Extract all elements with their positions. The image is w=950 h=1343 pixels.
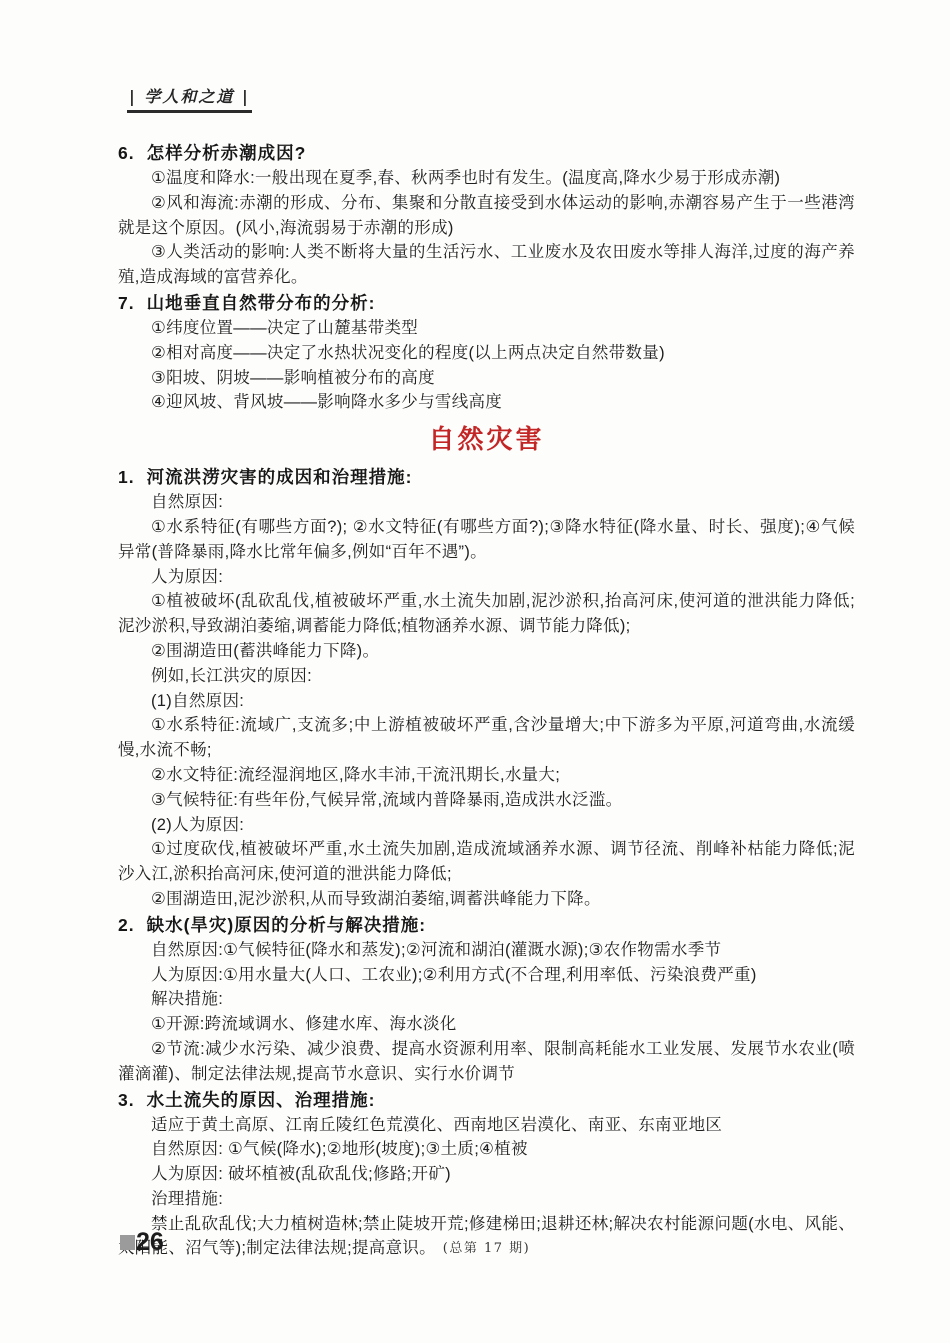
section-heading-6: 6.怎样分析赤潮成因? (118, 140, 855, 166)
paragraph: (1)自然原因: (118, 689, 855, 714)
paragraph: 人为原因: (118, 565, 855, 590)
chapter-title: 自然灾害 (118, 423, 855, 455)
section-number: 7. (118, 293, 135, 313)
paragraph: ③阳坡、阴坡——影响植被分布的高度 (118, 366, 855, 391)
paragraph: ①开源:跨流域调水、修建水库、海水淡化 (118, 1012, 855, 1037)
paragraph: 自然原因:①气候特征(降水和蒸发);②河流和湖泊(灌溉水源);③农作物需水季节 (118, 938, 855, 963)
paragraph: ①过度砍伐,植被破坏严重,水土流失加剧,造成流域涵养水源、调节径流、削峰补枯能力… (118, 837, 855, 887)
section-title: 山地垂直自然带分布的分析: (147, 293, 376, 313)
paragraph: ③人类活动的影响:人类不断将大量的生活污水、工业废水及农田废水等排人海洋,过度的… (118, 240, 855, 290)
page-content: 6.怎样分析赤潮成因? ①温度和降水:一般出现在夏季,春、秋两季也时有发生。(温… (118, 140, 855, 1261)
paragraph: 自然原因: (118, 490, 855, 515)
page-number: 26 (136, 1228, 164, 1257)
paragraph: ①纬度位置——决定了山麓基带类型 (118, 316, 855, 341)
paragraph: ②围湖造田,泥沙淤积,从而导致湖泊萎缩,调蓄洪峰能力下降。 (118, 887, 855, 912)
paragraph: ③气候特征:有些年份,气候异常,流域内普降暴雨,造成洪水泛滥。 (118, 788, 855, 813)
section-number: 2. (118, 915, 135, 935)
page-number-block: 26 (120, 1228, 164, 1257)
paragraph: ②风和海流:赤潮的形成、分布、集聚和分散直接受到水体运动的影响,赤潮容易产生于一… (118, 191, 855, 241)
paragraph: 人为原因:①用水量大(人口、工农业);②利用方式(不合理,利用率低、污染浪费严重… (118, 963, 855, 988)
paragraph: 适应于黄土高原、江南丘陵红色荒漠化、西南地区岩漠化、南亚、东南亚地区 (118, 1113, 855, 1138)
section-heading-7: 7.山地垂直自然带分布的分析: (118, 290, 855, 316)
section-title: 水土流失的原因、治理措施: (147, 1090, 376, 1110)
paragraph: ①水系特征(有哪些方面?); ②水文特征(有哪些方面?);③降水特征(降水量、时… (118, 515, 855, 565)
paragraph: ①植被破坏(乱砍乱伐,植被破坏严重,水土流失加剧,泥沙淤积,抬高河床,使河道的泄… (118, 589, 855, 639)
section-title: 缺水(旱灾)原因的分析与解决措施: (147, 915, 426, 935)
issue-label: (总第 17 期) (443, 1237, 530, 1256)
paragraph: 治理措施: (118, 1187, 855, 1212)
page-footer: 26 (总第 17 期) (118, 1228, 855, 1260)
paragraph: 解决措施: (118, 987, 855, 1012)
paragraph: ①水系特征:流域广,支流多;中上游植被破坏严重,含沙量增大;中下游多为平原,河道… (118, 713, 855, 763)
paragraph: 自然原因: ①气候(降水);②地形(坡度);③土质;④植被 (118, 1137, 855, 1162)
page-marker-square-icon (120, 1235, 135, 1250)
section-number: 1. (118, 467, 135, 487)
paragraph: ②节流:减少水污染、减少浪费、提高水资源利用率、限制高耗能水工业发展、发展节水农… (118, 1037, 855, 1087)
journal-logo: | 学人和之道 | (127, 84, 252, 113)
paragraph: ②水文特征:流经湿润地区,降水丰沛,干流汛期长,水量大; (118, 763, 855, 788)
section-heading-3: 3.水土流失的原因、治理措施: (118, 1087, 855, 1113)
section-heading-2: 2.缺水(旱灾)原因的分析与解决措施: (118, 912, 855, 938)
paragraph: ①温度和降水:一般出现在夏季,春、秋两季也时有发生。(温度高,降水少易于形成赤潮… (118, 166, 855, 191)
paragraph: (2)人为原因: (118, 813, 855, 838)
paragraph: ②相对高度——决定了水热状况变化的程度(以上两点决定自然带数量) (118, 341, 855, 366)
section-number: 3. (118, 1090, 135, 1110)
section-number: 6. (118, 143, 135, 163)
paragraph: ②围湖造田(蓄洪峰能力下降)。 (118, 639, 855, 664)
paragraph: 例如,长江洪灾的原因: (118, 664, 855, 689)
paragraph: ④迎风坡、背风坡——影响降水多少与雪线高度 (118, 390, 855, 415)
section-title: 河流洪涝灾害的成因和治理措施: (147, 467, 413, 487)
section-heading-1: 1.河流洪涝灾害的成因和治理措施: (118, 464, 855, 490)
document-page: | 学人和之道 | 6.怎样分析赤潮成因? ①温度和降水:一般出现在夏季,春、秋… (0, 0, 950, 1343)
section-title: 怎样分析赤潮成因? (147, 143, 307, 163)
paragraph: 人为原因: 破坏植被(乱砍乱伐;修路;开矿) (118, 1162, 855, 1187)
